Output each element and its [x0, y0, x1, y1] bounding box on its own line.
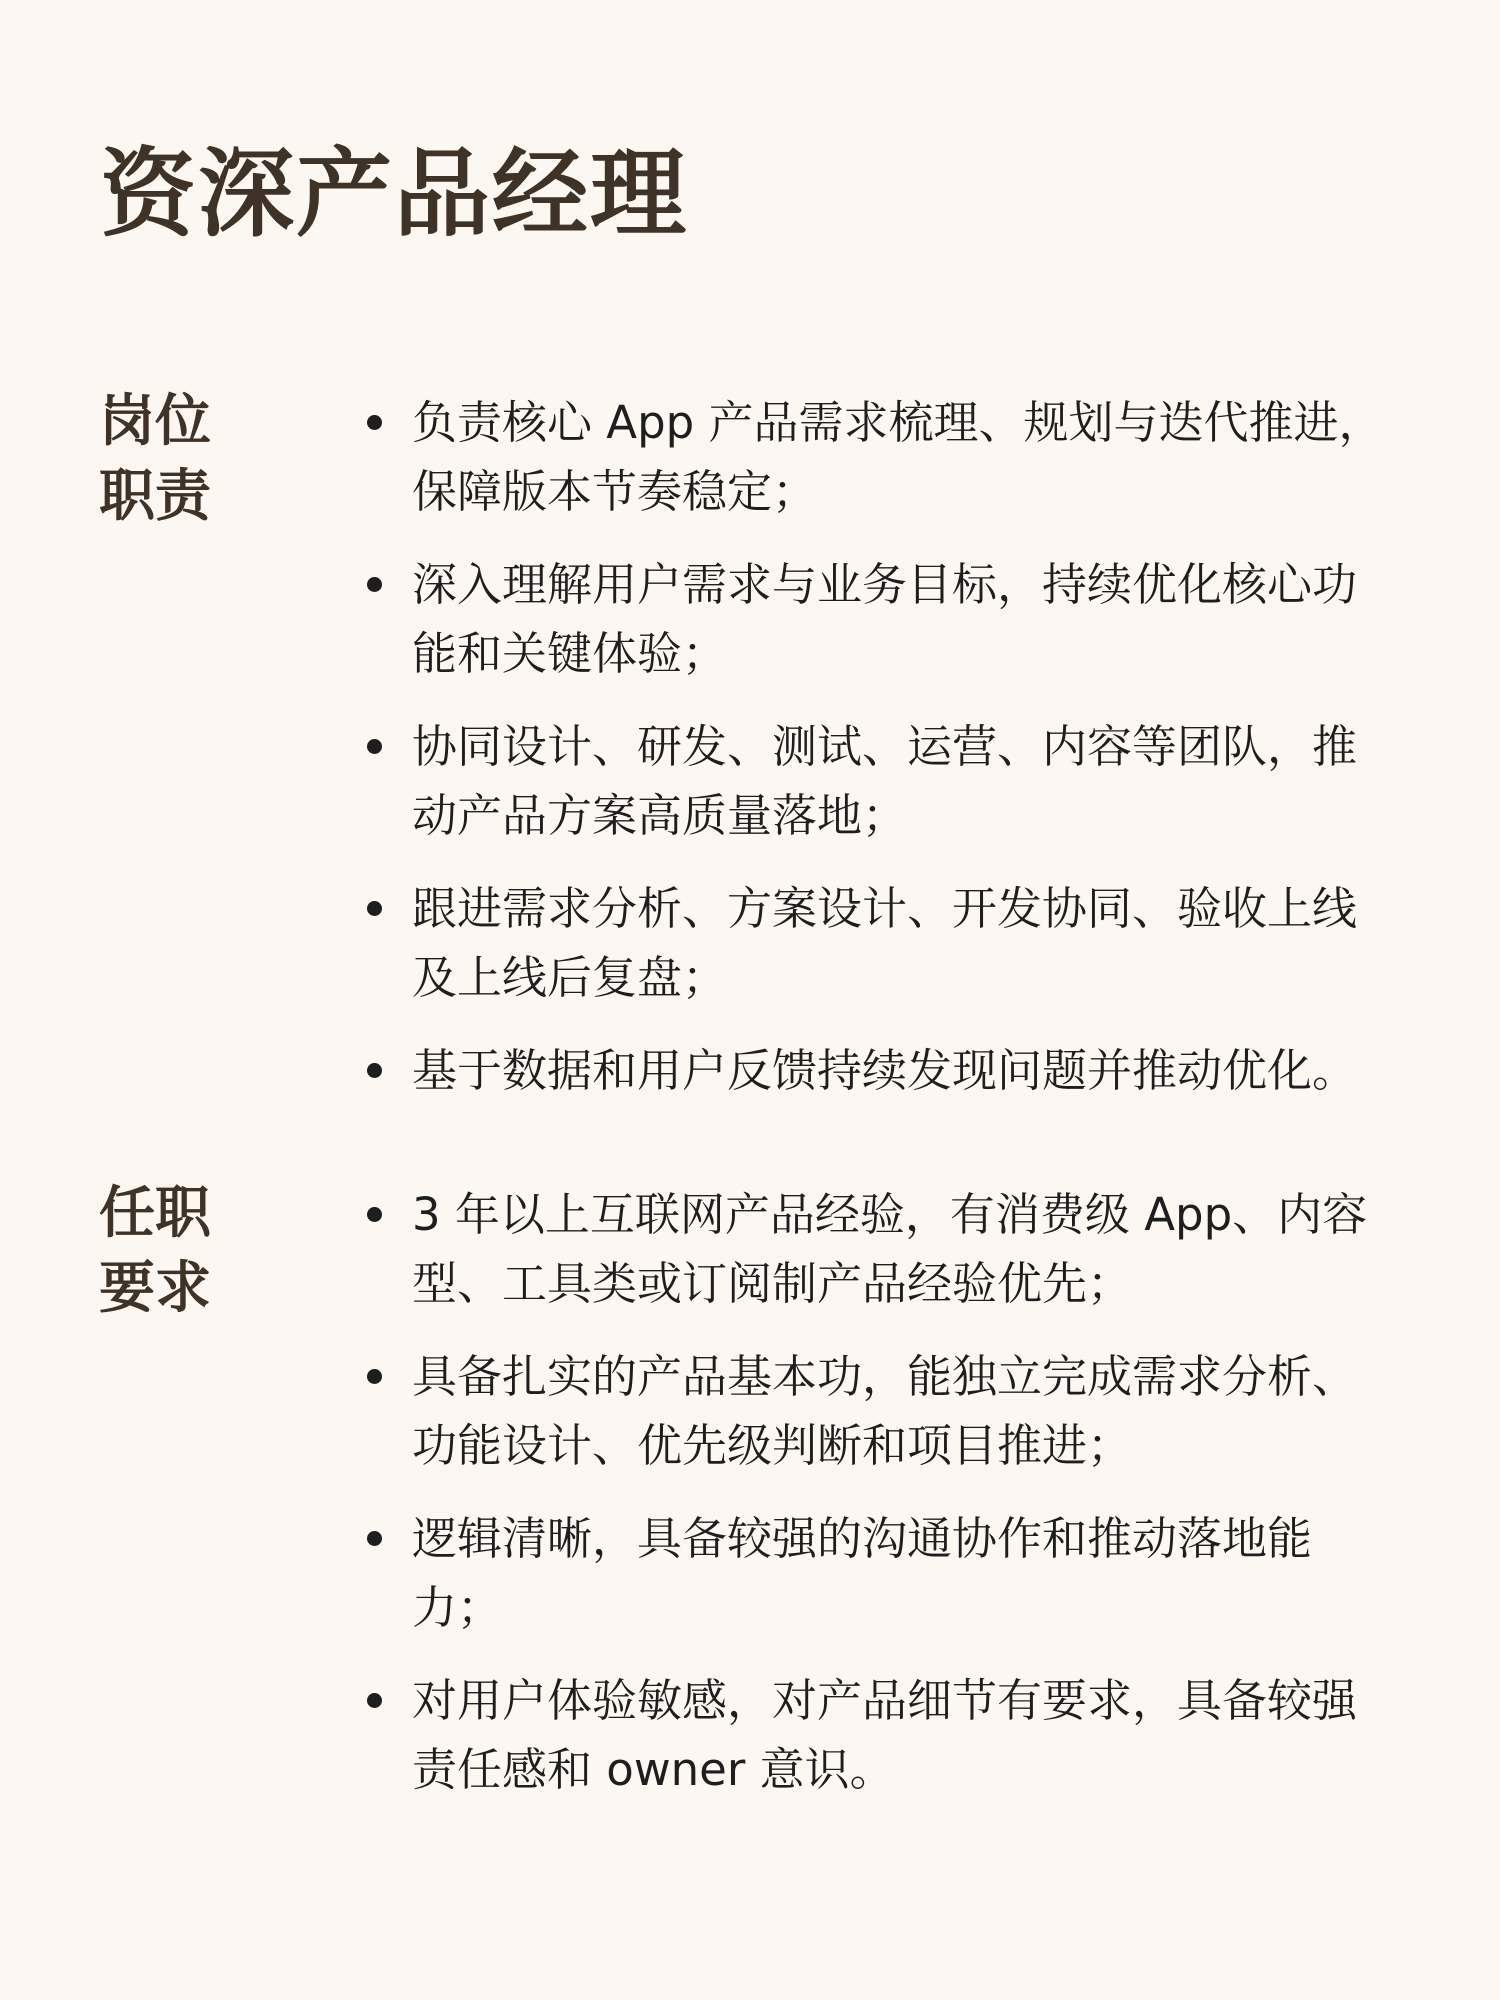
list-item-text: 型、工具类或订阅制产品经验优先； — [412, 1249, 1367, 1318]
list-item-text: 及上线后复盘； — [412, 943, 1384, 1012]
bullet-dot-icon — [367, 1693, 382, 1708]
list-item-text: 基于数据和用户反馈持续发现问题并推动优化。 — [412, 1036, 1384, 1105]
requirements-list: 3 年以上互联网产品经验，有消费级 App、内容 型、工具类或订阅制产品经验优先… — [0, 1180, 1367, 1828]
bullet-dot-icon — [367, 1063, 382, 1078]
list-item-text: 跟进需求分析、方案设计、开发协同、验收上线 — [412, 874, 1384, 943]
list-item-text: 负责核心 App 产品需求梳理、规划与迭代推进， — [412, 388, 1384, 457]
list-item: 具备扎实的产品基本功，能独立完成需求分析、 功能设计、优先级判断和项目推进； — [0, 1342, 1367, 1480]
list-item-text: 功能设计、优先级判断和项目推进； — [412, 1411, 1367, 1480]
list-item: 基于数据和用户反馈持续发现问题并推动优化。 — [0, 1036, 1384, 1105]
list-item-text: 3 年以上互联网产品经验，有消费级 App、内容 — [412, 1180, 1367, 1249]
bullet-dot-icon — [367, 1369, 382, 1384]
list-item-text: 能和关键体验； — [412, 619, 1384, 688]
list-item-text: 协同设计、研发、测试、运营、内容等团队，推 — [412, 712, 1384, 781]
list-item: 逻辑清晰，具备较强的沟通协作和推动落地能 力； — [0, 1504, 1367, 1642]
page-title: 资深产品经理 — [100, 134, 688, 254]
list-item-text: 深入理解用户需求与业务目标，持续优化核心功 — [412, 550, 1384, 619]
list-item-text: 动产品方案高质量落地； — [412, 781, 1384, 850]
bullet-dot-icon — [367, 577, 382, 592]
list-item-text: 对用户体验敏感，对产品细节有要求，具备较强 — [412, 1666, 1367, 1735]
list-item: 跟进需求分析、方案设计、开发协同、验收上线 及上线后复盘； — [0, 874, 1384, 1012]
list-item: 协同设计、研发、测试、运营、内容等团队，推 动产品方案高质量落地； — [0, 712, 1384, 850]
list-item-text: 力； — [412, 1573, 1367, 1642]
list-item: 负责核心 App 产品需求梳理、规划与迭代推进， 保障版本节奏稳定； — [0, 388, 1384, 526]
bullet-dot-icon — [367, 901, 382, 916]
list-item: 深入理解用户需求与业务目标，持续优化核心功 能和关键体验； — [0, 550, 1384, 688]
responsibilities-list: 负责核心 App 产品需求梳理、规划与迭代推进， 保障版本节奏稳定； 深入理解用… — [0, 388, 1384, 1129]
list-item-text: 责任感和 owner 意识。 — [412, 1735, 1367, 1804]
bullet-dot-icon — [367, 1531, 382, 1546]
bullet-dot-icon — [367, 1207, 382, 1222]
list-item-text: 具备扎实的产品基本功，能独立完成需求分析、 — [412, 1342, 1367, 1411]
bullet-dot-icon — [367, 415, 382, 430]
list-item-text: 逻辑清晰，具备较强的沟通协作和推动落地能 — [412, 1504, 1367, 1573]
list-item: 3 年以上互联网产品经验，有消费级 App、内容 型、工具类或订阅制产品经验优先… — [0, 1180, 1367, 1318]
bullet-dot-icon — [367, 739, 382, 754]
list-item: 对用户体验敏感，对产品细节有要求，具备较强 责任感和 owner 意识。 — [0, 1666, 1367, 1804]
list-item-text: 保障版本节奏稳定； — [412, 457, 1384, 526]
